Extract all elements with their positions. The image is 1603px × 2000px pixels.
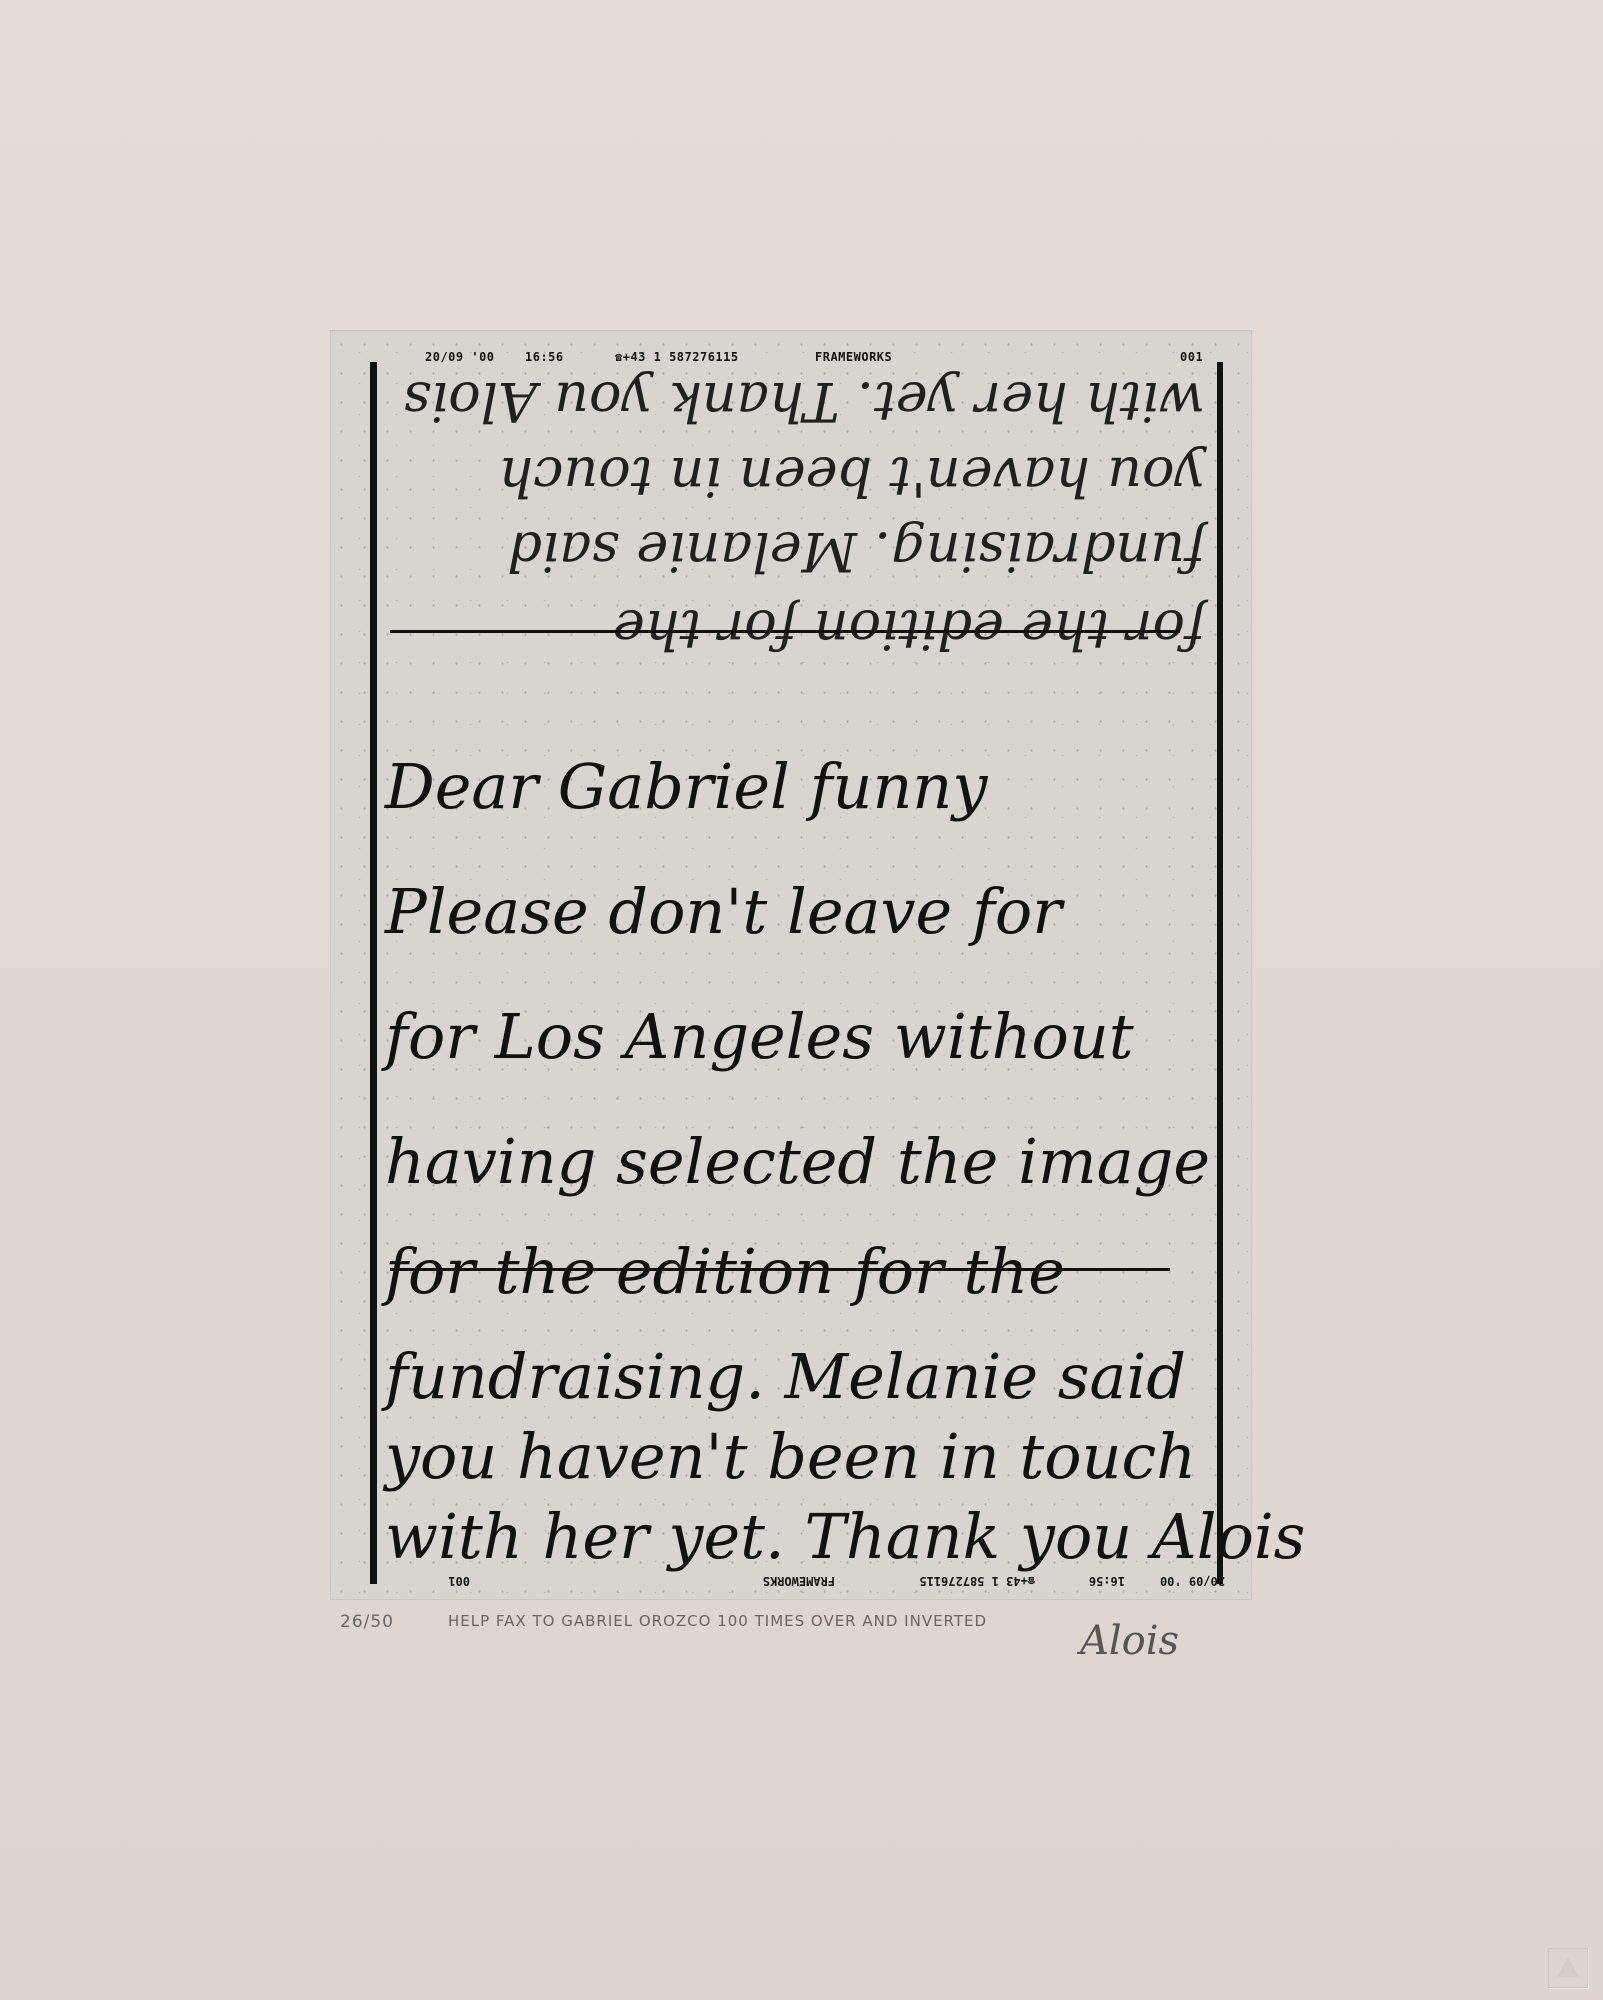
handwritten-line: with her yet. Thank you Alois — [385, 1500, 1205, 1573]
strikethrough-line — [390, 1268, 1170, 1271]
artwork-title: HELP FAX TO GABRIEL OROZCO 100 TIMES OVE… — [448, 1612, 987, 1630]
blindstamp-icon — [1548, 1948, 1588, 1988]
fax-footer-inverted: 20/09 '00 16:56 ☎+43 1 587276115 FRAMEWO… — [425, 1568, 1225, 1588]
handwritten-line: fundraising. Melanie said — [385, 1340, 1205, 1413]
strikethrough-line — [390, 630, 1180, 633]
handwritten-line: having selected the image — [385, 1125, 1205, 1198]
edition-number: 26/50 — [340, 1612, 394, 1632]
fax-phone: ☎+43 1 587276115 — [919, 1574, 1035, 1588]
handwritten-line: Dear Gabriel funny — [385, 750, 1205, 823]
handwritten-line: for the edition for the — [385, 1235, 1205, 1308]
handwritten-line: you haven't been in touch — [385, 1420, 1205, 1493]
handwritten-line: for Los Angeles without — [385, 1000, 1205, 1073]
inverted-line: you haven't been in touch — [385, 445, 1205, 508]
inverted-line: with her yet. Thank you Alois — [385, 370, 1205, 433]
fax-sender: FRAMEWORKS — [763, 1574, 835, 1588]
handwritten-line: Please don't leave for — [385, 875, 1205, 948]
inverted-line: fundraising. Melanie said — [385, 520, 1205, 583]
fax-date: 20/09 '00 — [1160, 1574, 1225, 1588]
paper-sheet: 20/09 '00 16:56 ☎+43 1 587276115 FRAMEWO… — [0, 0, 1603, 2000]
fax-page: 001 — [448, 1574, 470, 1588]
artist-signature: Alois — [1080, 1618, 1179, 1664]
print-plate: 20/09 '00 16:56 ☎+43 1 587276115 FRAMEWO… — [330, 330, 1252, 1600]
fax-time: 16:56 — [1089, 1574, 1125, 1588]
